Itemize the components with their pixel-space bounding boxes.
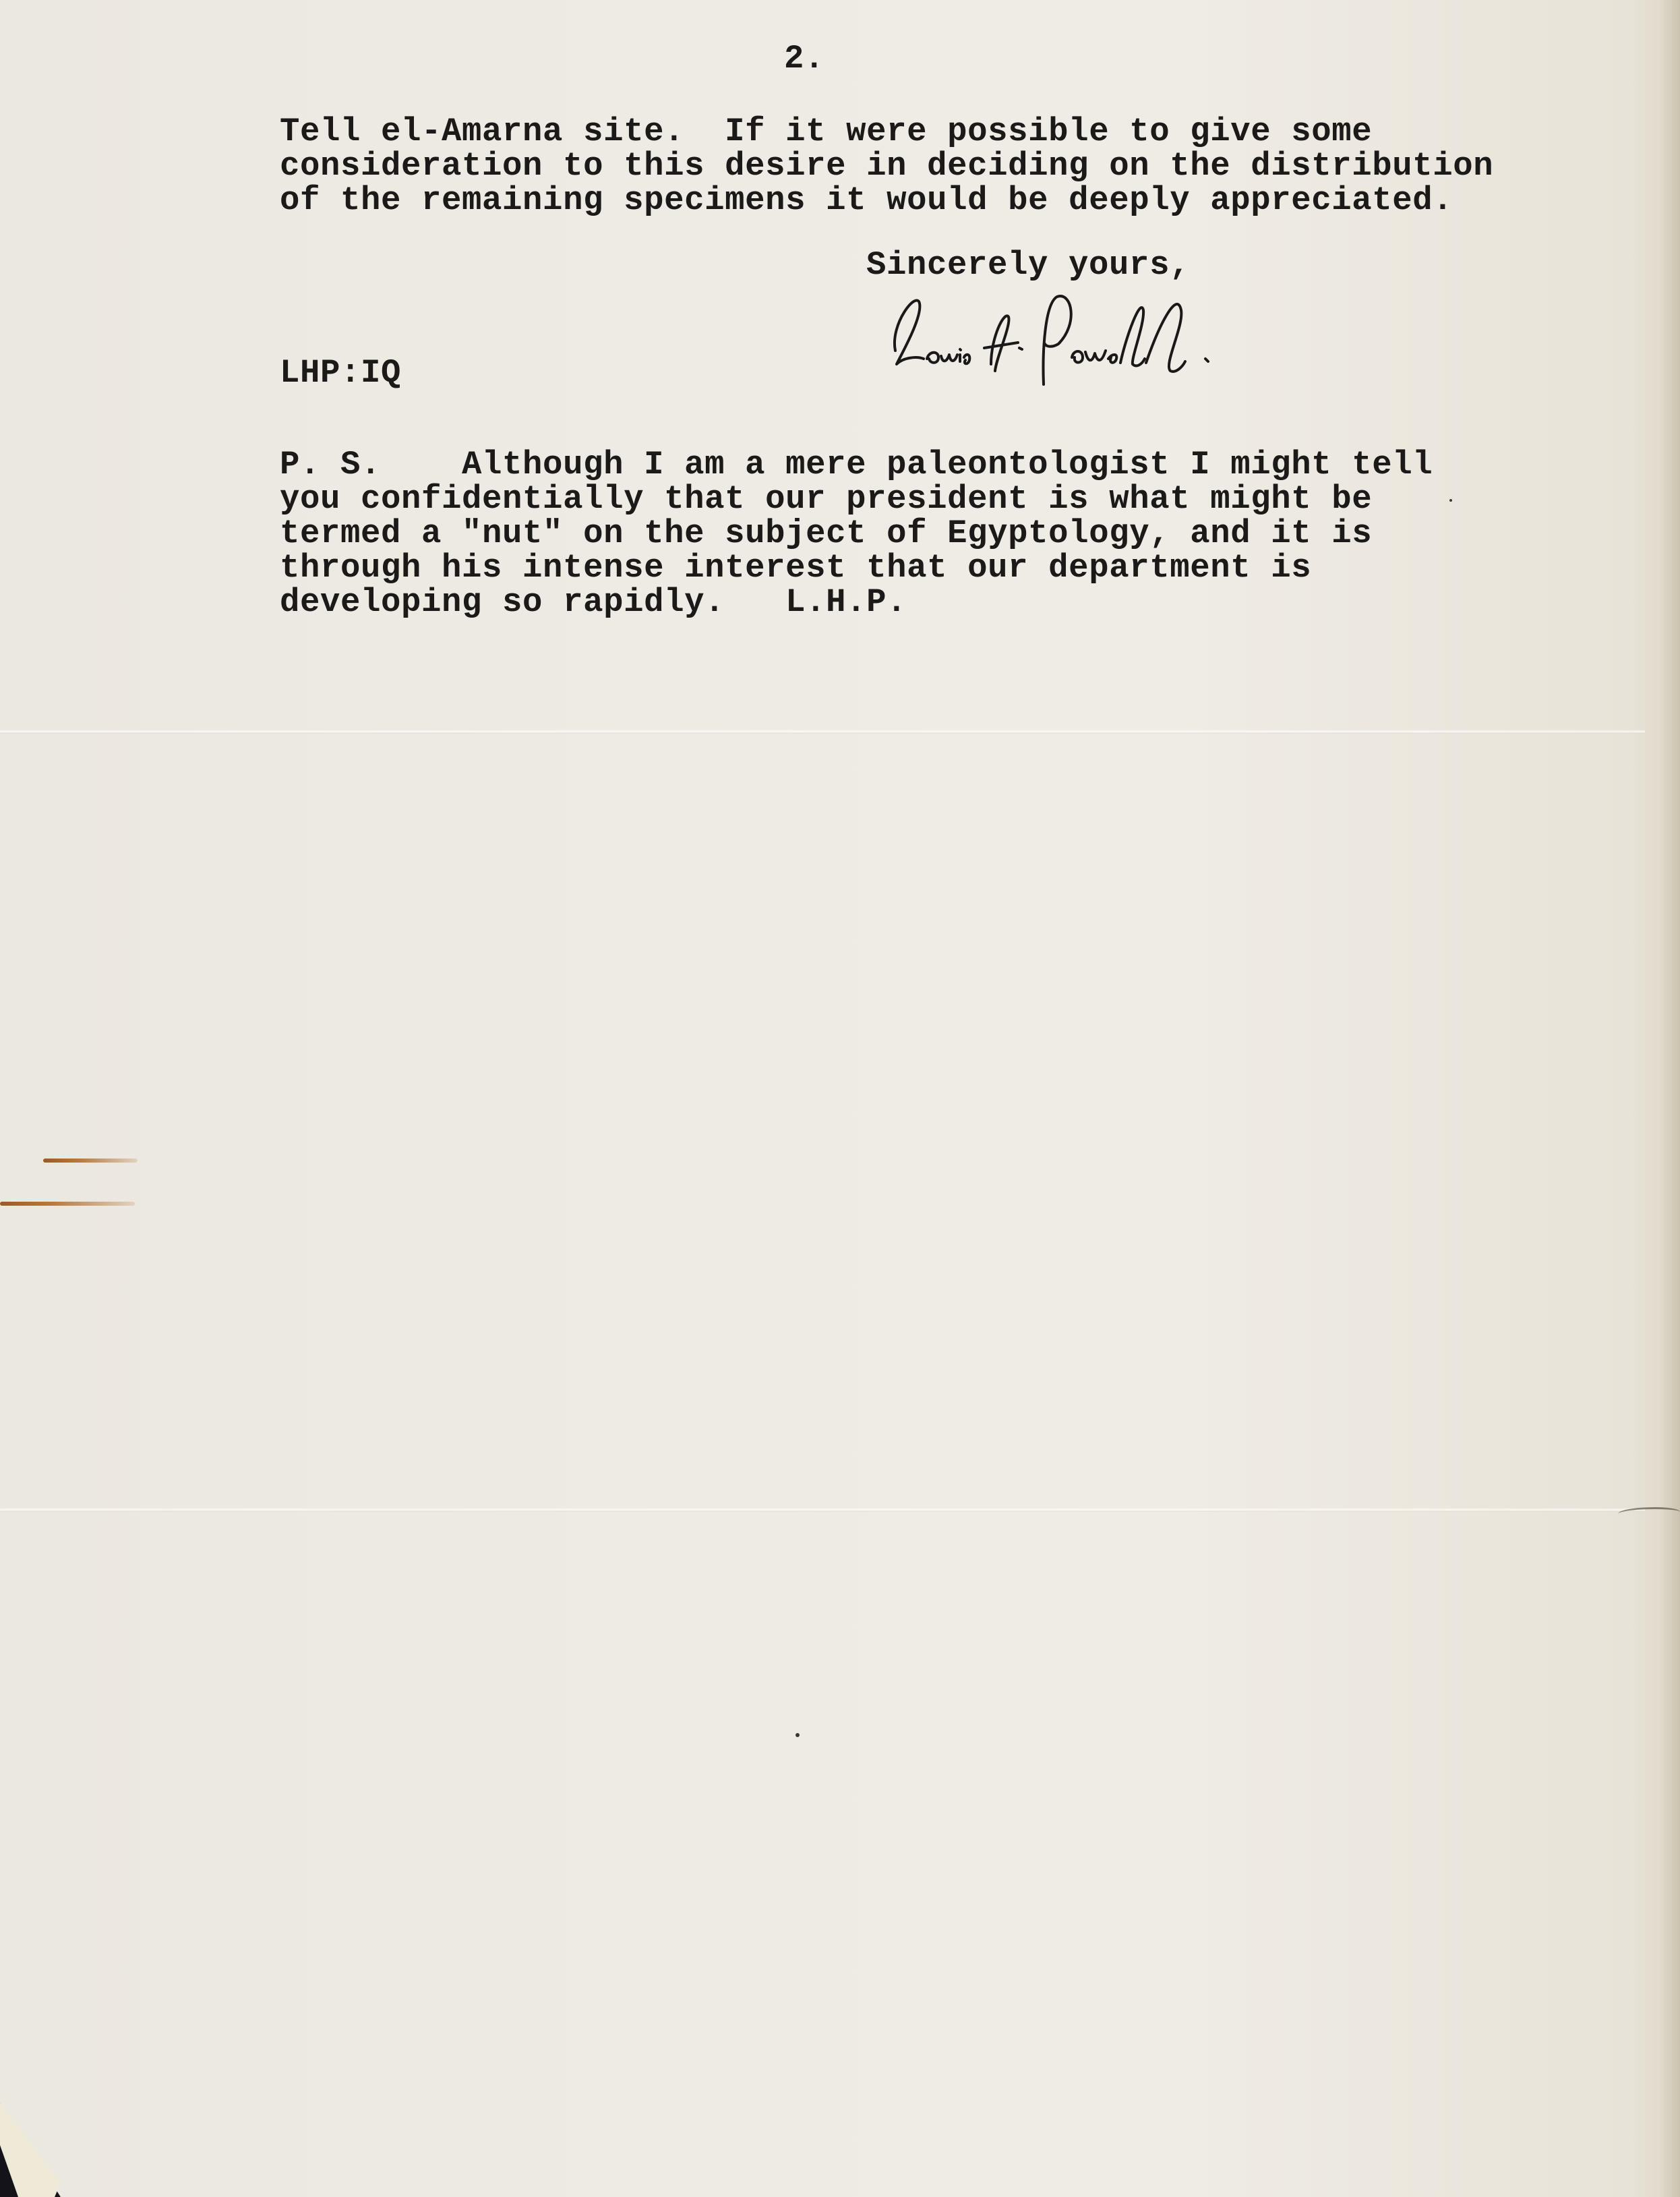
reference-initials: LHP:IQ xyxy=(280,356,401,390)
signature-icon xyxy=(876,283,1281,391)
paper-speck xyxy=(1449,499,1452,502)
rust-stain xyxy=(43,1159,138,1163)
postscript-line: termed a "nut" on the subject of Egyptol… xyxy=(280,517,1433,551)
postscript-line: through his intense interest that our de… xyxy=(280,551,1433,585)
rust-stain xyxy=(0,1202,135,1206)
page-number: 2. xyxy=(784,42,824,76)
handwritten-signature xyxy=(876,283,1281,391)
letter-page: 2. Tell el-Amarna site. If it were possi… xyxy=(0,0,1680,2197)
postscript-paragraph: P. S. Although I am a mere paleontologis… xyxy=(280,448,1433,620)
page-edge-shadow xyxy=(1660,0,1680,2197)
paper-fold-line xyxy=(0,1508,1645,1512)
body-line: Tell el-Amarna site. If it were possible… xyxy=(280,115,1493,149)
postscript-line: P. S. Although I am a mere paleontologis… xyxy=(280,448,1433,482)
body-line: consideration to this desire in deciding… xyxy=(280,149,1493,183)
paper-fold-line xyxy=(0,730,1645,734)
paper-speck xyxy=(796,1733,800,1737)
postscript-line: developing so rapidly. L.H.P. xyxy=(280,585,1433,620)
postscript-line: you confidentially that our president is… xyxy=(280,482,1433,517)
closing-salutation: Sincerely yours, xyxy=(866,248,1190,283)
paper-tear xyxy=(1618,1507,1680,1519)
body-paragraph: Tell el-Amarna site. If it were possible… xyxy=(280,115,1493,218)
body-line: of the remaining specimens it would be d… xyxy=(280,183,1493,218)
